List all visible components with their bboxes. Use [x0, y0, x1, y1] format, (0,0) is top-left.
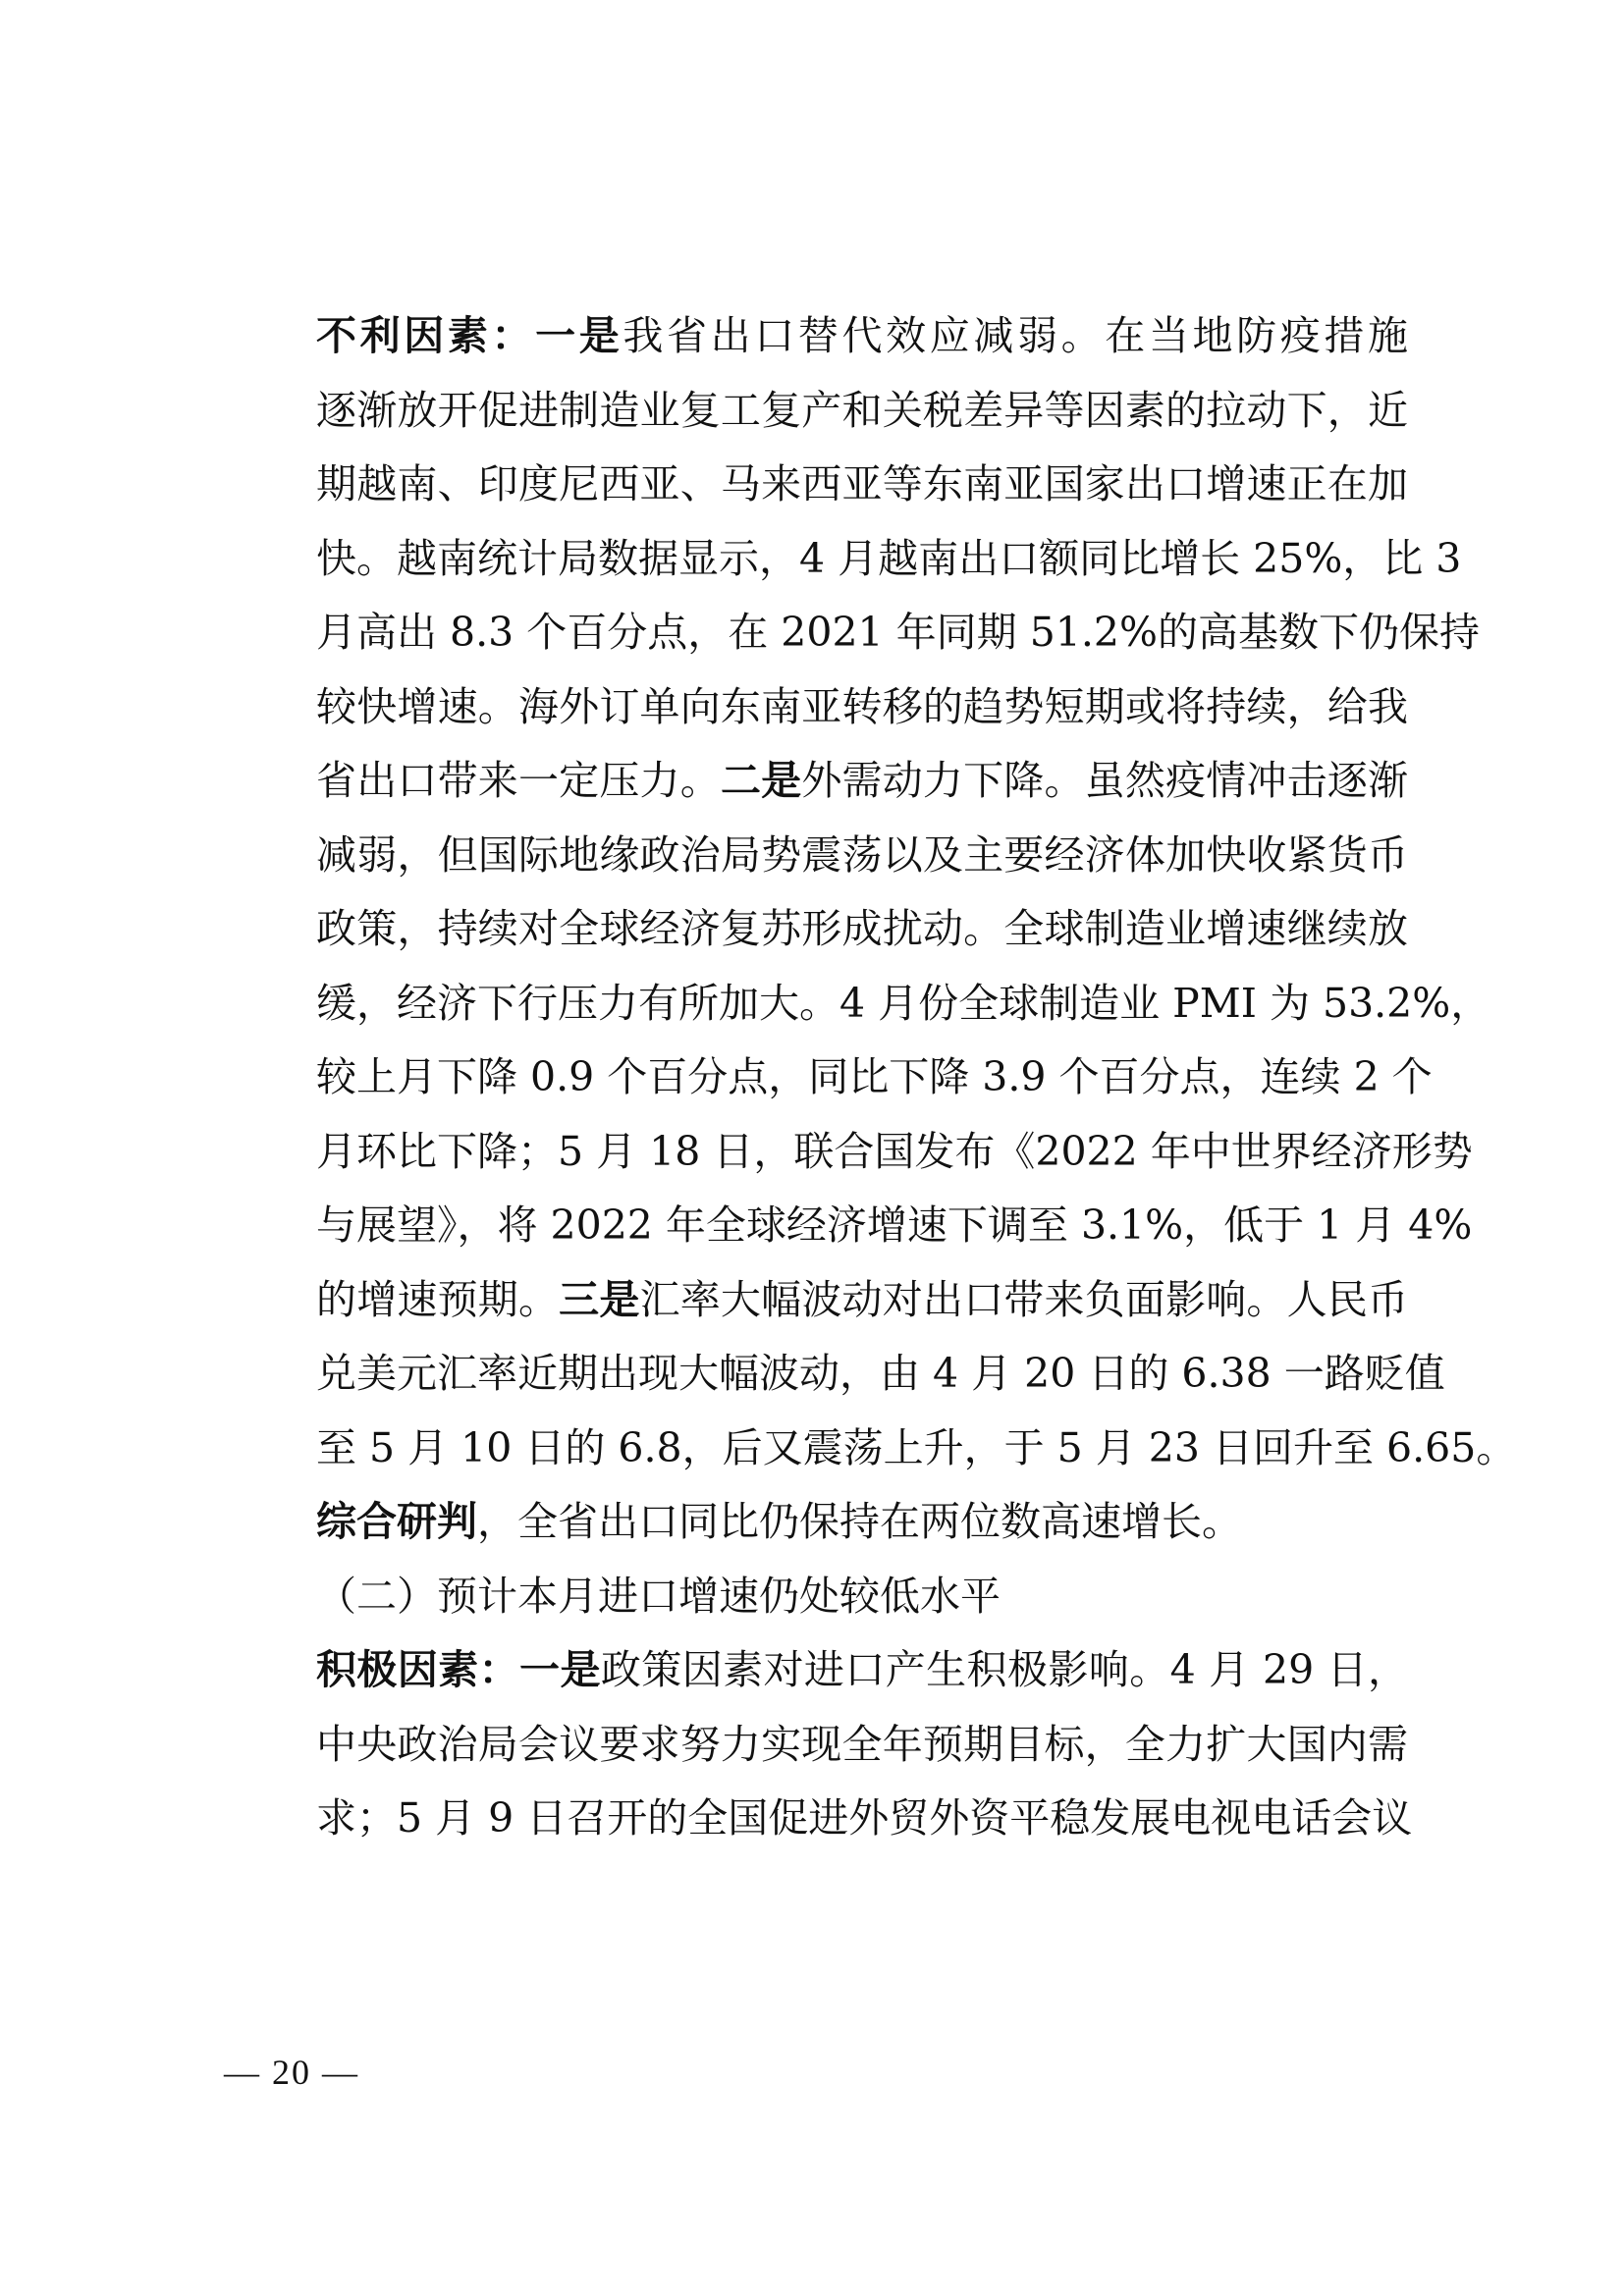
line-text: 与展望》，将 2022 年全球经济增速下调至 3.1%，低于 1 月 4% — [316, 1201, 1472, 1249]
line-text: 外需动力下降。虽然疫情冲击逐渐 — [801, 757, 1408, 804]
heading-text: （二）预计本月进口增速仍处较低水平 — [316, 1573, 1001, 1620]
line-text: 兑美元汇率近期出现大幅波动，由 4 月 20 日的 6.38 一路贬值 — [316, 1350, 1445, 1397]
bold-lead-in: 积极因素：一是 — [316, 1646, 601, 1693]
text-line: 较快增速。海外订单向东南亚转移的趋势短期或将持续，给我 — [316, 670, 1408, 745]
line-text: 至 5 月 10 日的 6.8，后又震荡上升，于 5 月 23 日回升至 6.6… — [316, 1424, 1516, 1471]
text-line: 兑美元汇率近期出现大幅波动，由 4 月 20 日的 6.38 一路贬值 — [316, 1337, 1408, 1412]
line-text: 的增速预期。 — [316, 1276, 559, 1323]
line-text: 较快增速。海外订单向东南亚转移的趋势短期或将持续，给我 — [316, 683, 1408, 730]
text-line: 求；5 月 9 日召开的全国促进外贸外资平稳发展电视电话会议 — [316, 1782, 1408, 1856]
text-line: 月环比下降；5 月 18 日，联合国发布《2022 年中世界经济形势 — [316, 1115, 1408, 1190]
line-text: 我省出口替代效应减弱。在当地防疫措施 — [623, 312, 1408, 359]
line-text: 快。越南统计局数据显示，4 月越南出口额同比增长 25%，比 3 — [316, 535, 1461, 582]
text-line: 中央政治局会议要求努力实现全年预期目标，全力扩大国内需 — [316, 1708, 1408, 1783]
text-line: 省出口带来一定压力。二是外需动力下降。虽然疫情冲击逐渐 — [316, 744, 1408, 819]
text-line: 月高出 8.3 个百分点，在 2021 年同期 51.2%的高基数下仍保持 — [316, 596, 1408, 670]
bold-point-two: 二是 — [721, 757, 801, 804]
text-line: 快。越南统计局数据显示，4 月越南出口额同比增长 25%，比 3 — [316, 522, 1408, 597]
line-text: ，全省出口同比仍保持在两位数高速增长。 — [477, 1498, 1242, 1545]
line-text: 求；5 月 9 日召开的全国促进外贸外资平稳发展电视电话会议 — [316, 1794, 1412, 1842]
text-line: 至 5 月 10 日的 6.8，后又震荡上升，于 5 月 23 日回升至 6.6… — [316, 1412, 1408, 1486]
line-text: 逐渐放开促进制造业复工复产和关税差异等因素的拉动下，近 — [316, 387, 1408, 434]
page-number: — 20 — — [224, 2052, 359, 2093]
line-text: 汇率大幅波动对出口带来负面影响。人民币 — [640, 1276, 1408, 1323]
line-text: 政策因素对进口产生积极影响。4 月 29 日， — [601, 1646, 1408, 1693]
line-text: 缓，经济下行压力有所加大。4 月份全球制造业 PMI 为 53.2%， — [316, 980, 1490, 1027]
text-line: 较上月下降 0.9 个百分点，同比下降 3.9 个百分点，连续 2 个 — [316, 1041, 1408, 1115]
line-text: 月高出 8.3 个百分点，在 2021 年同期 51.2%的高基数下仍保持 — [316, 609, 1480, 656]
line-text: 期越南、印度尼西亚、马来西亚等东南亚国家出口增速正在加 — [316, 460, 1408, 507]
text-line: 逐渐放开促进制造业复工复产和关税差异等因素的拉动下，近 — [316, 374, 1408, 449]
bold-lead-in: 综合研判 — [316, 1498, 477, 1545]
bold-lead-in: 不利因素：一是 — [316, 312, 623, 359]
bold-point-three: 三是 — [559, 1276, 639, 1323]
text-line: 期越南、印度尼西亚、马来西亚等东南亚国家出口增速正在加 — [316, 448, 1408, 522]
section-heading-imports: （二）预计本月进口增速仍处较低水平 — [316, 1560, 1408, 1634]
paragraph-unfavorable-factors-line-1: 不利因素：一是我省出口替代效应减弱。在当地防疫措施 — [316, 299, 1408, 374]
text-line: 与展望》，将 2022 年全球经济增速下调至 3.1%，低于 1 月 4% — [316, 1189, 1408, 1263]
text-line: 减弱，但国际地缘政治局势震荡以及主要经济体加快收紧货币 — [316, 819, 1408, 893]
line-text: 月环比下降；5 月 18 日，联合国发布《2022 年中世界经济形势 — [316, 1128, 1473, 1175]
line-text: 政策，持续对全球经济复苏形成扰动。全球制造业增速继续放 — [316, 905, 1408, 952]
body-text: 不利因素：一是我省出口替代效应减弱。在当地防疫措施 逐渐放开促进制造业复工复产和… — [316, 299, 1408, 1856]
line-text: 减弱，但国际地缘政治局势震荡以及主要经济体加快收紧货币 — [316, 831, 1408, 879]
line-text: 较上月下降 0.9 个百分点，同比下降 3.9 个百分点，连续 2 个 — [316, 1053, 1433, 1100]
paragraph-favorable-factors-line-1: 积极因素：一是政策因素对进口产生积极影响。4 月 29 日， — [316, 1633, 1408, 1708]
text-line: 的增速预期。三是汇率大幅波动对出口带来负面影响。人民币 — [316, 1263, 1408, 1338]
line-text: 省出口带来一定压力。 — [316, 757, 721, 804]
line-text: 中央政治局会议要求努力实现全年预期目标，全力扩大国内需 — [316, 1721, 1408, 1768]
text-line: 缓，经济下行压力有所加大。4 月份全球制造业 PMI 为 53.2%， — [316, 967, 1408, 1041]
text-line: 政策，持续对全球经济复苏形成扰动。全球制造业增速继续放 — [316, 892, 1408, 967]
paragraph-overall-judgment: 综合研判，全省出口同比仍保持在两位数高速增长。 — [316, 1485, 1408, 1560]
document-page: 不利因素：一是我省出口替代效应减弱。在当地防疫措施 逐渐放开促进制造业复工复产和… — [0, 0, 1624, 2296]
